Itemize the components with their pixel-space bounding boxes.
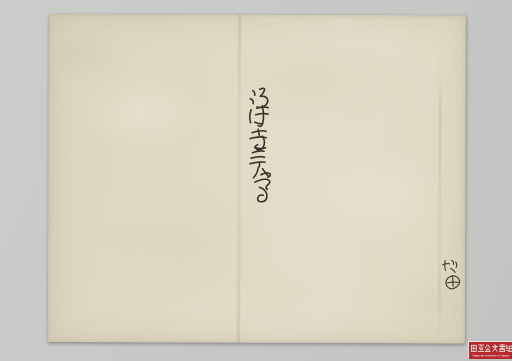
watermark-english-text: National Archives of Japan	[473, 354, 510, 358]
marginal-annotation	[443, 260, 460, 288]
scan-background: National Archives of Japan	[0, 0, 512, 361]
national-archives-watermark: National Archives of Japan	[468, 341, 512, 358]
ink-layer	[48, 14, 466, 343]
handwritten-title-calligraphy	[249, 88, 270, 202]
document-page	[48, 14, 466, 343]
